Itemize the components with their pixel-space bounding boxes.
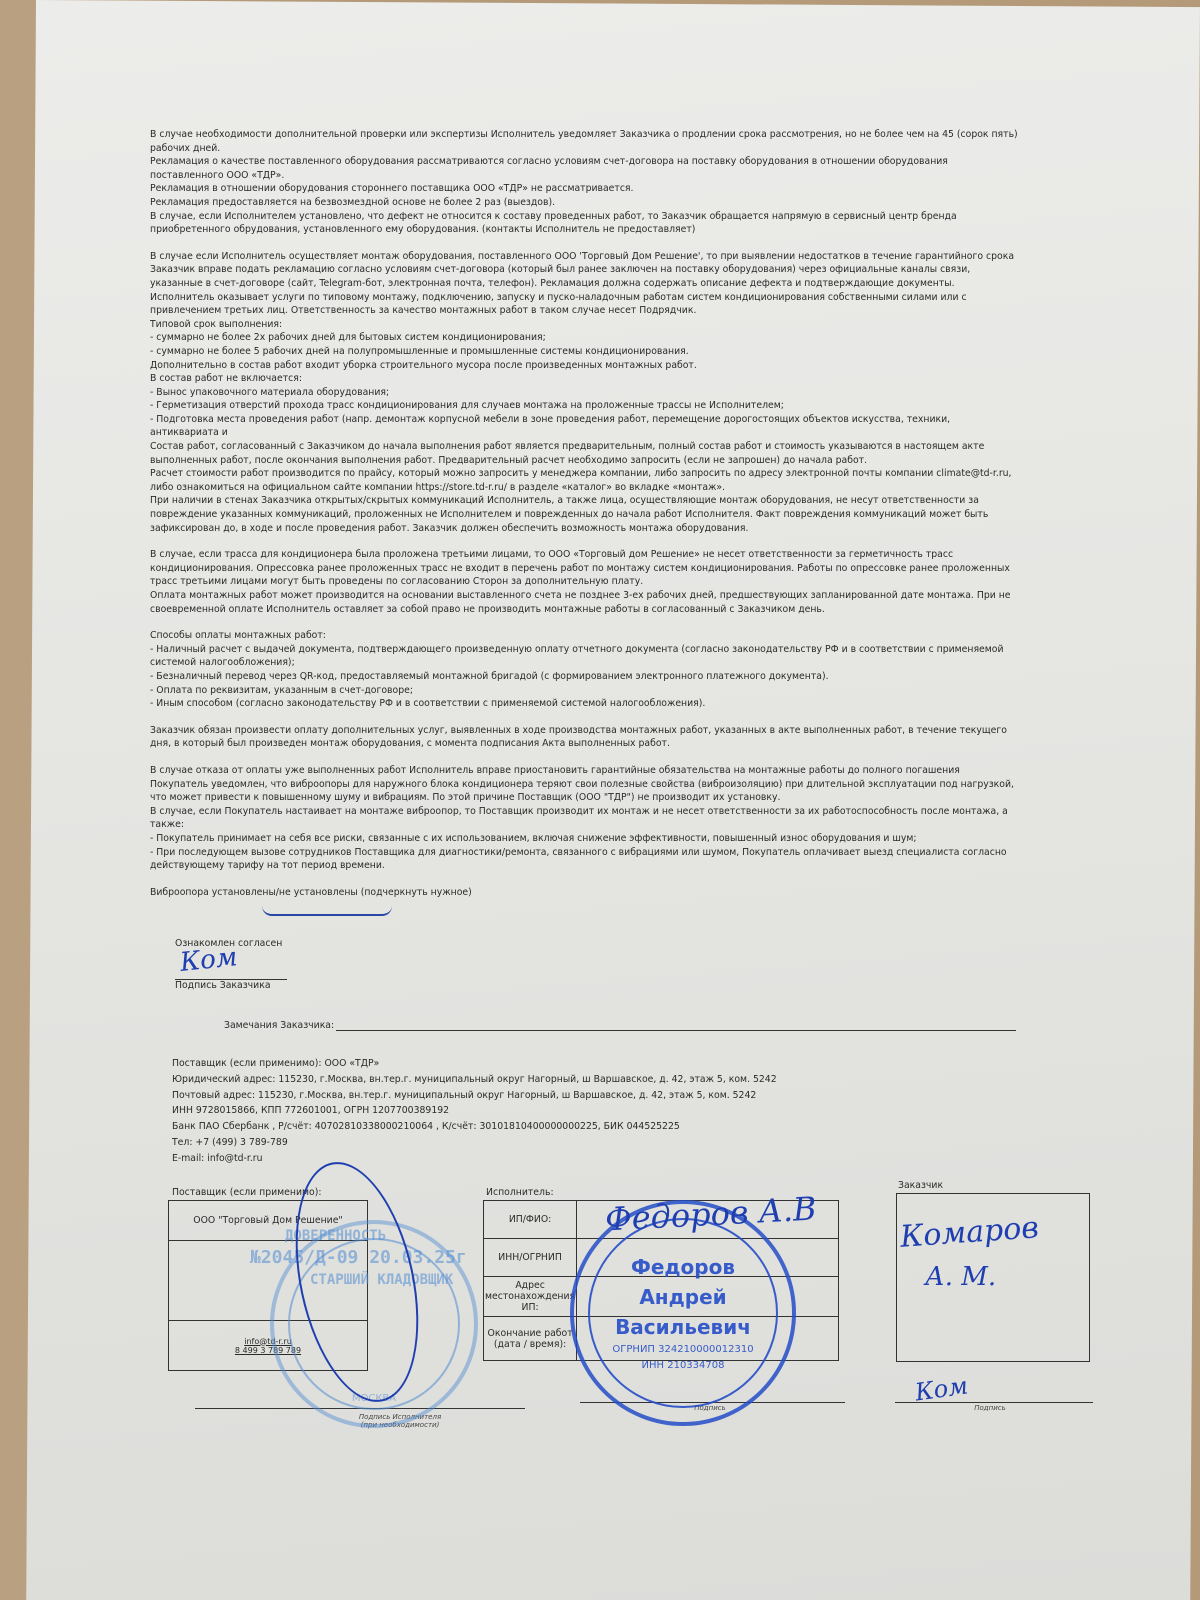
paragraph: Дополнительно в состав работ входит убор…	[150, 359, 1020, 373]
list-item: - Герметизация отверстий прохода трасс к…	[150, 399, 1020, 413]
executor-row-label: Окончание работ (дата / время):	[484, 1317, 577, 1361]
customer-sign-caption: Подпись	[960, 1404, 1020, 1412]
list-item: - Покупатель принимает на себя все риски…	[150, 832, 1020, 846]
third-party-lines-section: В случае, если трасса для кондиционера б…	[150, 548, 1020, 616]
bank-details: Банк ПАО Сбербанк , Р/счёт: 407028103380…	[172, 1119, 777, 1135]
installation-terms-section: В случае если Исполнитель осуществляет м…	[150, 250, 1020, 535]
payment-methods-section: Способы оплаты монтажных работ: - Наличн…	[150, 629, 1020, 711]
customer-handwritten-initials: А. М.	[925, 1262, 996, 1292]
paragraph: Покупатель уведомлен, что виброопоры для…	[150, 778, 1020, 805]
paragraph: В случае, если Исполнителем установлено,…	[150, 210, 1020, 237]
paragraph: Исполнитель оказывает услуги по типовому…	[150, 291, 1020, 318]
paragraph: В случае, если трасса для кондиционера б…	[150, 548, 1020, 589]
postal-address: Почтовый адрес: 115230, г.Москва, вн.тер…	[172, 1088, 777, 1104]
list-item: - суммарно не более 5 рабочих дней на по…	[150, 345, 1020, 359]
supplier-name: Поставщик (если применимо): ООО «ТДР»	[172, 1056, 777, 1072]
document-body: В случае необходимости дополнительной пр…	[150, 128, 1020, 899]
paragraph: Расчет стоимости работ производится по п…	[150, 467, 1020, 494]
paragraph: Заказчик обязан произвести оплату дополн…	[150, 724, 1020, 751]
handwritten-underline	[262, 906, 392, 916]
remarks-label: Замечания Заказчика:	[224, 1020, 334, 1031]
paragraph: Оплата монтажных работ может производитс…	[150, 589, 1020, 616]
supplier-box-label: Поставщик (если применимо):	[172, 1187, 322, 1198]
paragraph: В случае, если Покупатель настаивает на …	[150, 805, 1020, 832]
executor-row-label: ИП/ФИО:	[484, 1201, 577, 1239]
vibration-mounts-section: В случае отказа от оплаты уже выполненны…	[150, 764, 1020, 873]
phone: Тел: +7 (499) 3 789-789	[172, 1135, 777, 1151]
paragraph: Состав работ, согласованный с Заказчиком…	[150, 440, 1020, 467]
warranty-claims-section: В случае необходимости дополнительной пр…	[150, 128, 1020, 237]
executor-row-label: Адрес местонахождения ИП:	[484, 1277, 577, 1317]
list-item: - Оплата по реквизитам, указанным в счет…	[150, 684, 1020, 698]
customer-sign-label: Подпись Заказчика	[175, 980, 287, 991]
paragraph: В случае если Исполнитель осуществляет м…	[150, 250, 1020, 291]
customer-signature-scrawl: Ком	[179, 942, 239, 978]
customer-box-label: Заказчик	[898, 1180, 943, 1191]
paragraph: В состав работ не включается:	[150, 372, 1020, 386]
list-item: - Наличный расчет с выдачей документа, п…	[150, 643, 1020, 670]
vibro-mount-choice: Виброопора установлены/не установлены (п…	[150, 886, 1020, 900]
supplier-details: Поставщик (если применимо): ООО «ТДР» Юр…	[172, 1056, 777, 1167]
paragraph: Рекламация о качестве поставленного обор…	[150, 155, 1020, 182]
remarks-line	[336, 1020, 1016, 1031]
email: E-mail: info@td-r.ru	[172, 1151, 777, 1167]
executor-row-label: ИНН/ОГРНИП	[484, 1239, 577, 1277]
list-item: - При последующем вызове сотрудников Пос…	[150, 846, 1020, 873]
list-item: - Безналичный перевод через QR-код, пред…	[150, 670, 1020, 684]
paragraph: Рекламация в отношении оборудования стор…	[150, 182, 1020, 196]
list-item: - суммарно не более 2х рабочих дней для …	[150, 331, 1020, 345]
tax-ids: ИНН 9728015866, КПП 772601001, ОГРН 1207…	[172, 1103, 777, 1119]
list-item: - Вынос упаковочного материала оборудова…	[150, 386, 1020, 400]
executor-box-label: Исполнитель:	[486, 1187, 554, 1198]
paragraph: Рекламация предоставляется на безвозмезд…	[150, 196, 1020, 210]
additional-services-section: Заказчик обязан произвести оплату дополн…	[150, 724, 1020, 751]
list-item: - Подготовка места проведения работ (нап…	[150, 413, 1020, 440]
paragraph: В случае необходимости дополнительной пр…	[150, 128, 1020, 155]
paragraph: В случае отказа от оплаты уже выполненны…	[150, 764, 1020, 778]
customer-remarks: Замечания Заказчика:	[224, 1020, 1016, 1031]
list-item: - Иным способом (согласно законодательст…	[150, 697, 1020, 711]
legal-address: Юридический адрес: 115230, г.Москва, вн.…	[172, 1072, 777, 1088]
paragraph: Типовой срок выполнения:	[150, 318, 1020, 332]
paragraph: При наличии в стенах Заказчика открытых/…	[150, 494, 1020, 535]
section-heading: Способы оплаты монтажных работ:	[150, 629, 1020, 643]
